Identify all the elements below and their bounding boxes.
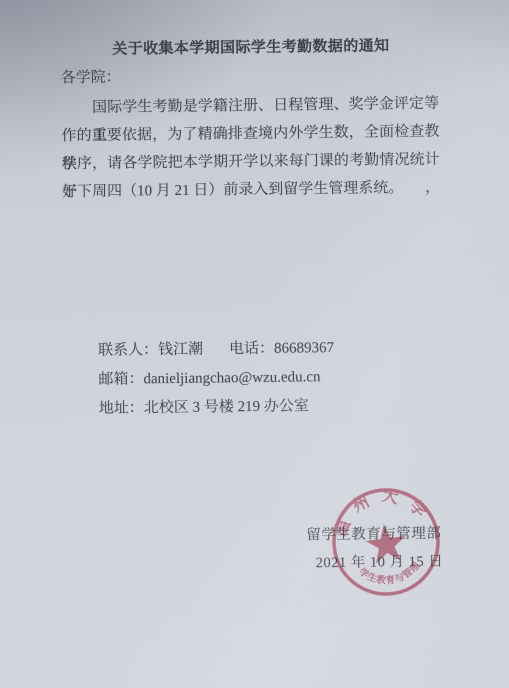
contact-address-value: 北校区 3 号楼 219 办公室 <box>144 398 309 416</box>
contact-person-label: 联系人： <box>98 342 158 359</box>
contact-person-line: 联系人：钱江潮电话：86689367 <box>98 334 334 366</box>
contact-phone-label: 电话： <box>229 341 274 358</box>
body-line: 于下周四（10 月 21 日）前录入到留学生管理系统。 <box>62 174 440 207</box>
notice-title: 关于收集本学期国际学生考勤数据的通知 <box>0 33 505 60</box>
contact-email-label: 邮箱： <box>98 371 143 388</box>
star-icon <box>364 522 408 565</box>
salutation: 各学院： <box>61 66 121 88</box>
notice-body: 国际学生考勤是学籍注册、日程管理、奖学金评定等工 作的重要依据，为了精确排查境内… <box>61 90 440 207</box>
contact-address-line: 地址：北校区 3 号楼 219 办公室 <box>99 392 335 424</box>
contact-block: 联系人：钱江潮电话：86689367 邮箱：danieljiangchao@wz… <box>98 334 335 424</box>
official-seal-stamp: 温州大学 留学生教育与管理部 <box>319 475 453 609</box>
contact-email-line: 邮箱：danieljiangchao@wzu.edu.cn <box>98 363 334 395</box>
document-photo: 关于收集本学期国际学生考勤数据的通知 各学院： 国际学生考勤是学籍注册、日程管理… <box>0 0 509 688</box>
contact-email-value: danieljiangchao@wzu.edu.cn <box>143 369 320 387</box>
contact-phone-number: 86689367 <box>274 340 334 357</box>
contact-address-label: 地址： <box>99 400 144 417</box>
contact-person-name: 钱江潮 <box>158 342 203 359</box>
